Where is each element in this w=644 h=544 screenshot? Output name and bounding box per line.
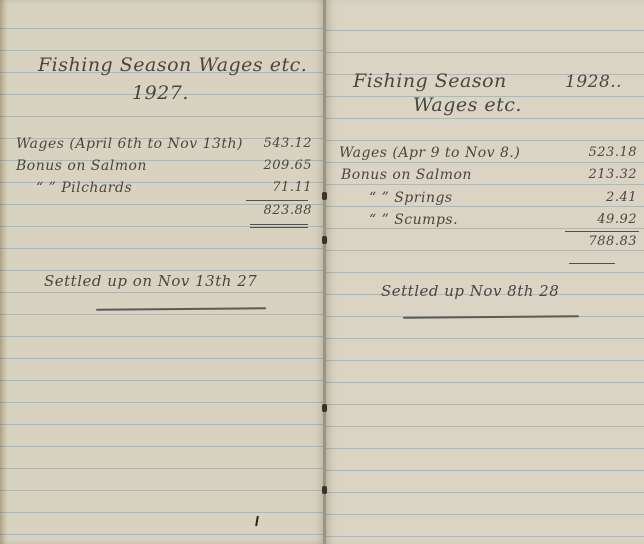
right-entry-label: “ ” Springs <box>369 190 453 206</box>
right-entry-label: “ ” Scumps. <box>369 212 458 228</box>
binding-stitch <box>322 404 327 412</box>
binding-stitch <box>322 486 327 494</box>
right-title: Fishing Season <box>353 70 507 92</box>
left-settled-note: Settled up on Nov 13th 27 <box>44 272 257 290</box>
left-title: Fishing Season Wages etc. <box>38 54 307 76</box>
left-entry-amount: 543.12 <box>250 136 312 151</box>
ink-mark <box>255 516 259 526</box>
book-spine <box>323 0 326 544</box>
right-settled-note: Settled up Nov 8th 28 <box>381 282 559 300</box>
underline-flourish <box>403 315 579 319</box>
right-page: Fishing Season 1928.. Wages etc. Wages (… <box>325 0 644 544</box>
sum-rule <box>565 231 639 232</box>
left-page: Fishing Season Wages etc. 1927. Wages (A… <box>0 0 325 544</box>
sum-rule <box>246 200 308 201</box>
right-entry-amount: 523.18 <box>565 145 637 160</box>
right-entry-amount: 213.32 <box>565 167 637 182</box>
binding-stitch <box>322 192 327 200</box>
right-total: 788.83 <box>565 234 637 249</box>
underline-flourish <box>96 307 266 310</box>
total-double-rule <box>250 227 308 228</box>
left-entry-label: Bonus on Salmon <box>16 158 147 174</box>
right-title-line2: Wages etc. <box>413 94 522 116</box>
left-entry-label: “ ” Pilchards <box>36 180 132 196</box>
right-entry-amount: 2.41 <box>565 190 637 205</box>
left-entry-label: Wages (April 6th to Nov 13th) <box>16 136 243 152</box>
left-year: 1927. <box>132 82 189 104</box>
right-entry-label: Bonus on Salmon <box>341 167 472 183</box>
left-entry-amount: 71.11 <box>250 180 312 195</box>
right-entry-label: Wages (Apr 9 to Nov 8.) <box>339 145 520 161</box>
binding-stitch <box>322 236 327 244</box>
left-entry-amount: 209.65 <box>250 158 312 173</box>
right-entry-amount: 49.92 <box>565 212 637 227</box>
total-rule <box>569 263 615 264</box>
right-year: 1928.. <box>565 72 622 92</box>
open-notebook: Fishing Season Wages etc. 1927. Wages (A… <box>0 0 644 544</box>
total-double-rule <box>250 224 308 225</box>
left-total: 823.88 <box>250 203 312 218</box>
